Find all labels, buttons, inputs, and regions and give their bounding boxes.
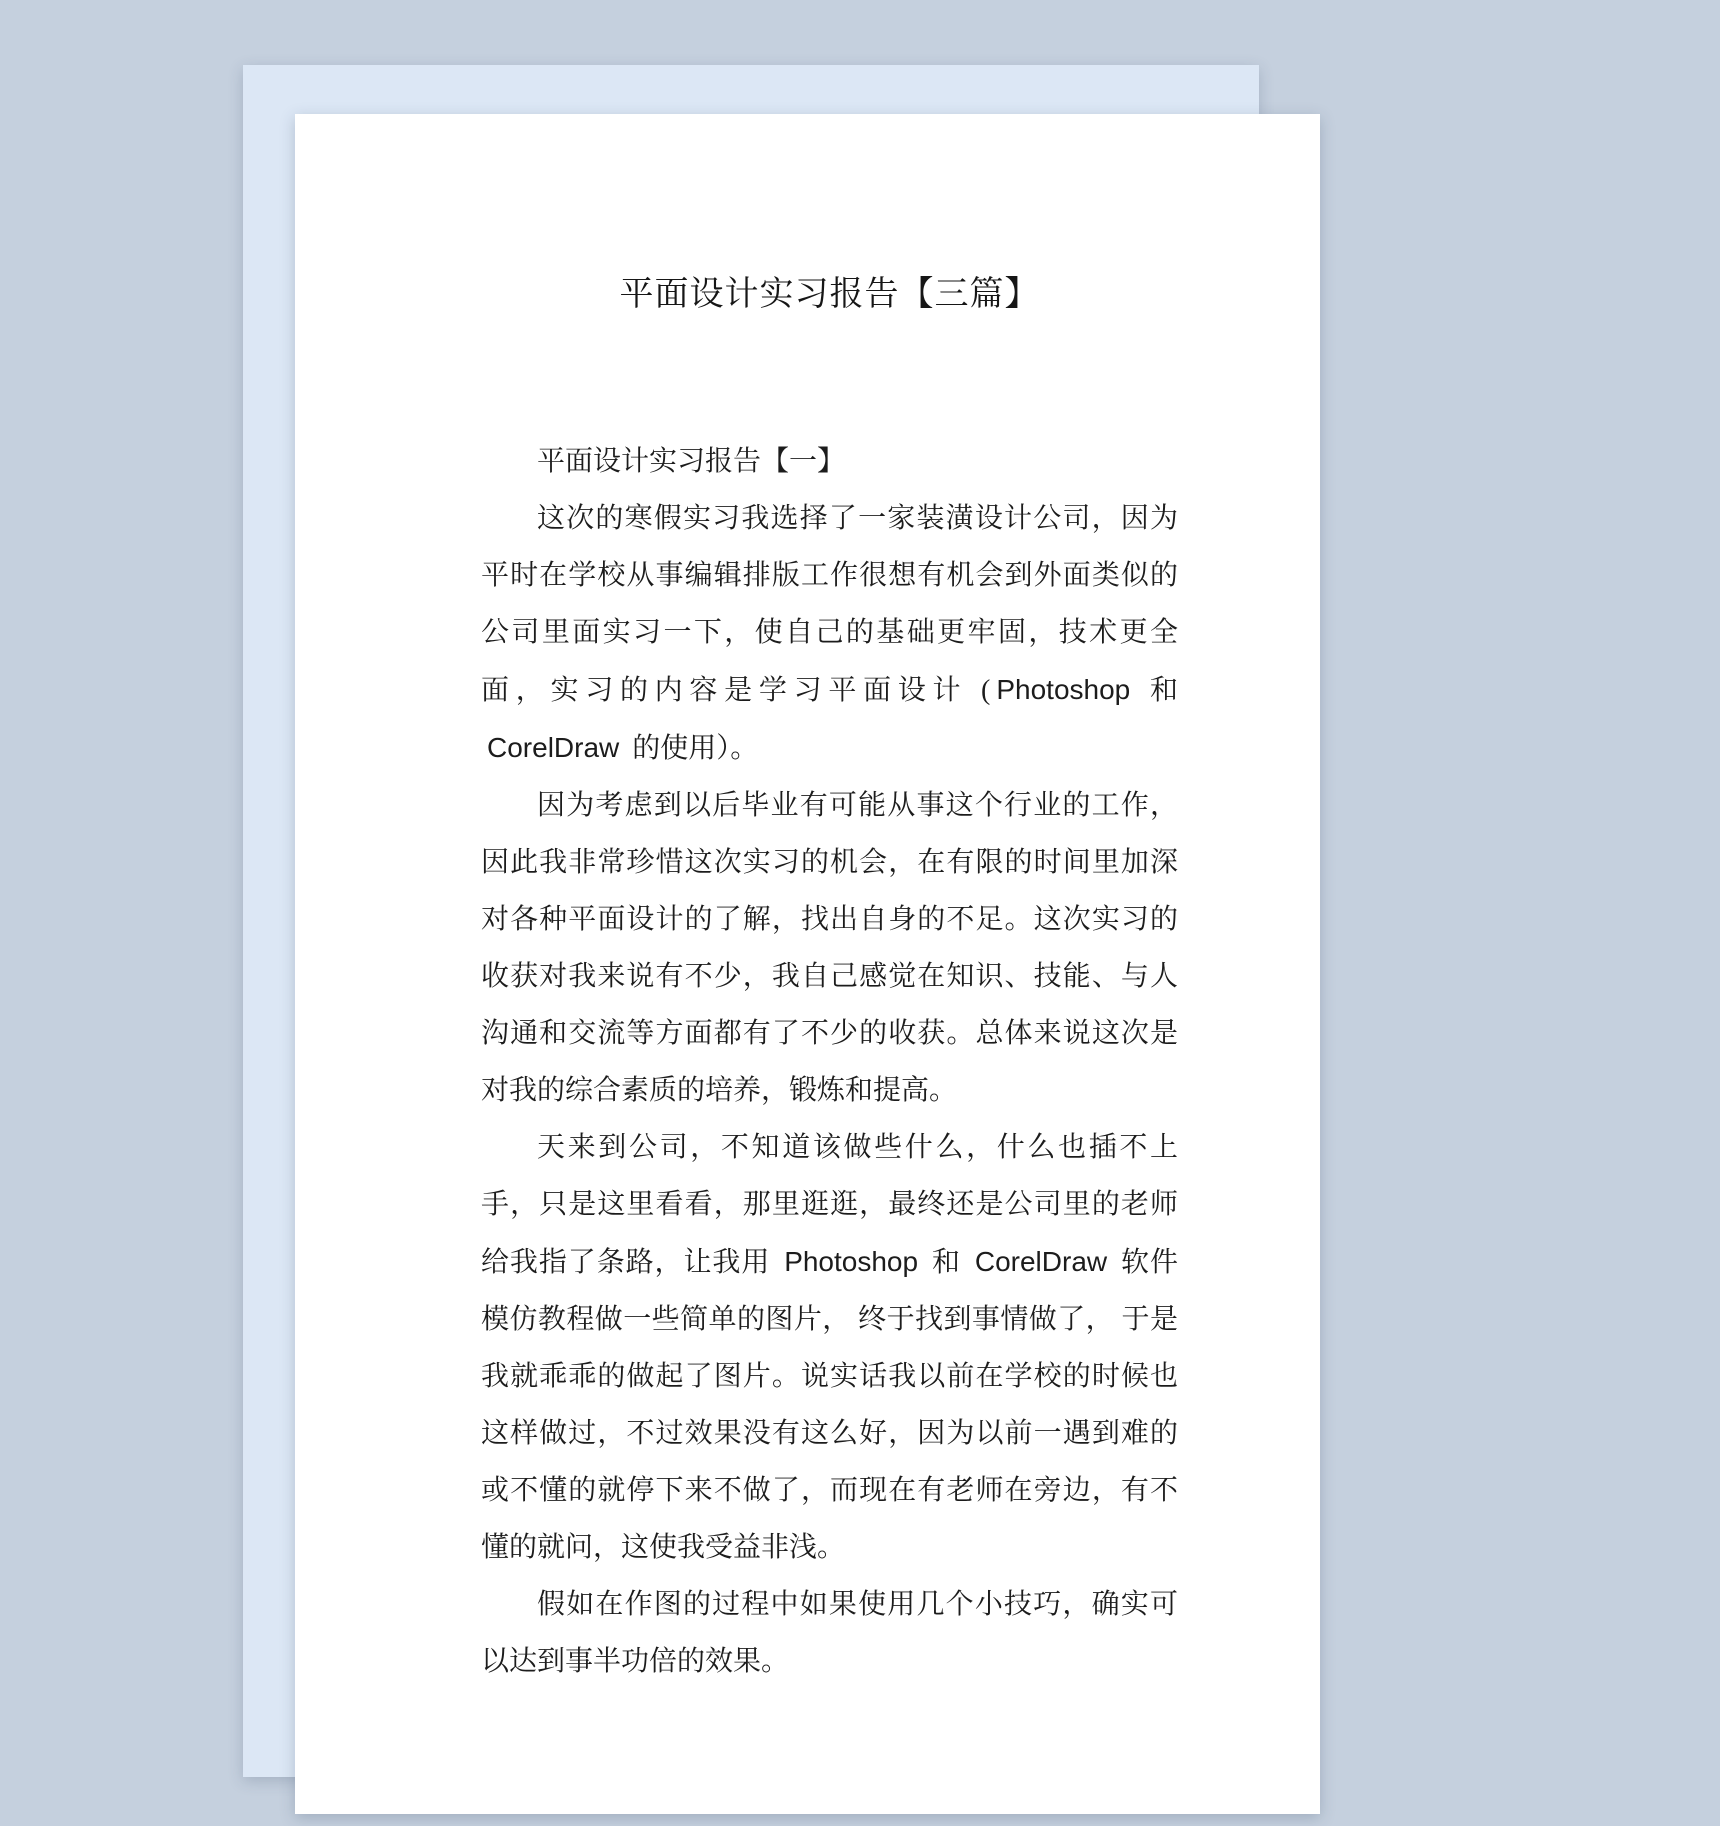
paragraph: 天来到公司，不知道该做些什么，什么也插不上手，只是这里看看，那里逛逛，最终还是公… [481,1119,1178,1576]
document-body: 平面设计实习报告【一】 这次的寒假实习我选择了一家装潢设计公司，因为平时在学校从… [481,433,1178,1690]
section-heading: 平面设计实习报告【一】 [481,433,1178,490]
desk-background: 平面设计实习报告【三篇】 平面设计实习报告【一】 这次的寒假实习我选择了一家装潢… [0,0,1720,1826]
paragraph: 假如在作图的过程中如果使用几个小技巧，确实可以达到事半功倍的效果。 [481,1576,1178,1690]
paragraph: 这次的寒假实习我选择了一家装潢设计公司，因为平时在学校从事编辑排版工作很想有机会… [481,490,1178,777]
document-page: 平面设计实习报告【三篇】 平面设计实习报告【一】 这次的寒假实习我选择了一家装潢… [295,114,1320,1814]
paragraph: 因为考虑到以后毕业有可能从事这个行业的工作，因此我非常珍惜这次实习的机会，在有限… [481,777,1178,1119]
document-title: 平面设计实习报告【三篇】 [481,266,1178,315]
